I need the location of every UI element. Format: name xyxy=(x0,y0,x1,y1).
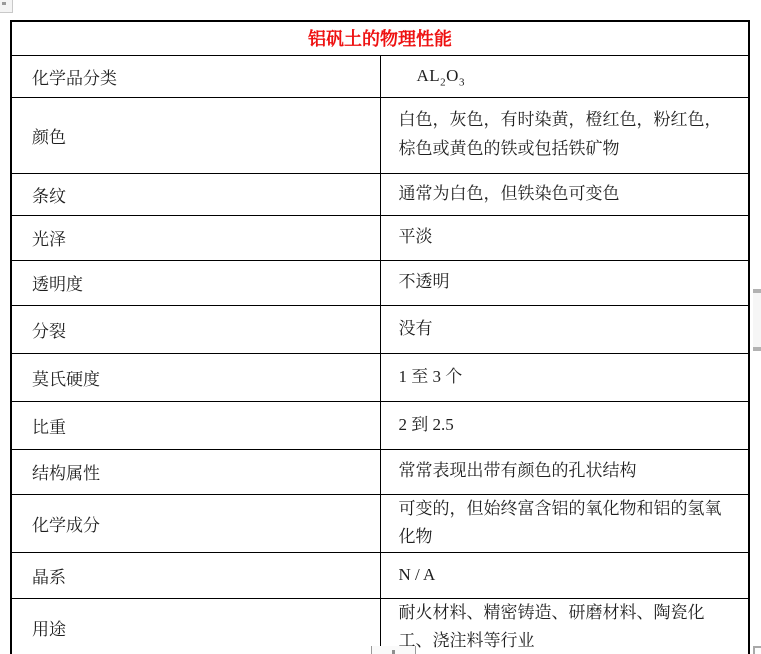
property-label: 光泽 xyxy=(11,215,380,260)
table-row: 化学品分类 AL2O3 xyxy=(11,55,749,97)
property-value: AL2O3 xyxy=(380,55,749,97)
table-row: 光泽 平淡 xyxy=(11,215,749,260)
table-row: 分裂 没有 xyxy=(11,305,749,353)
property-value: 1 至 3 个 xyxy=(380,353,749,401)
property-label: 透明度 xyxy=(11,260,380,305)
property-value: 2 到 2.5 xyxy=(380,401,749,449)
property-label: 分裂 xyxy=(11,305,380,353)
chemical-formula: AL2O3 xyxy=(417,66,465,85)
table-row: 比重 2 到 2.5 xyxy=(11,401,749,449)
property-label: 条纹 xyxy=(11,173,380,215)
property-label: 结构属性 xyxy=(11,449,380,494)
property-label: 莫氏硬度 xyxy=(11,353,380,401)
table-row: 铝矾土的物理性能 xyxy=(11,21,749,55)
property-label: 化学成分 xyxy=(11,494,380,552)
property-label: 晶系 xyxy=(11,552,380,598)
table-row: 透明度 不透明 xyxy=(11,260,749,305)
property-value: 可变的，但始终富含铝的氧化物和铝的氢氧化物 xyxy=(380,494,749,552)
property-value: 白色，灰色，有时染黄，橙红色，粉红色，棕色或黄色的铁或包括铁矿物 xyxy=(380,97,749,173)
property-value: 没有 xyxy=(380,305,749,353)
table-title: 铝矾土的物理性能 xyxy=(11,21,749,55)
property-value: 常常表现出带有颜色的孔状结构 xyxy=(380,449,749,494)
vertical-scrollbar-thumb[interactable] xyxy=(753,289,761,351)
property-label: 用途 xyxy=(11,598,380,654)
property-value: 平淡 xyxy=(380,215,749,260)
table-row: 条纹 通常为白色，但铁染色可变色 xyxy=(11,173,749,215)
document-page: 铝矾土的物理性能 化学品分类 AL2O3 颜色 白色，灰色，有时染黄，橙红色，粉… xyxy=(0,0,761,654)
property-label: 化学品分类 xyxy=(11,55,380,97)
bauxite-properties-table: 铝矾土的物理性能 化学品分类 AL2O3 颜色 白色，灰色，有时染黄，橙红色，粉… xyxy=(10,20,750,654)
property-value: N / A xyxy=(380,552,749,598)
property-value: 耐火材料、精密铸造、研磨材料、陶瓷化工、浇注料等行业 xyxy=(380,598,749,654)
property-label: 比重 xyxy=(11,401,380,449)
scrollbar-corner-icon xyxy=(753,646,761,654)
table-row: 颜色 白色，灰色，有时染黄，橙红色，粉红色，棕色或黄色的铁或包括铁矿物 xyxy=(11,97,749,173)
table-row: 莫氏硬度 1 至 3 个 xyxy=(11,353,749,401)
property-label: 颜色 xyxy=(11,97,380,173)
property-value: 不透明 xyxy=(380,260,749,305)
table-row: 化学成分 可变的，但始终富含铝的氧化物和铝的氢氧化物 xyxy=(11,494,749,552)
property-value: 通常为白色，但铁染色可变色 xyxy=(380,173,749,215)
table-row: 结构属性 常常表现出带有颜色的孔状结构 xyxy=(11,449,749,494)
page-control-fragment[interactable] xyxy=(371,646,416,654)
table-select-handle-icon[interactable] xyxy=(0,0,13,13)
table-row: 晶系 N / A xyxy=(11,552,749,598)
